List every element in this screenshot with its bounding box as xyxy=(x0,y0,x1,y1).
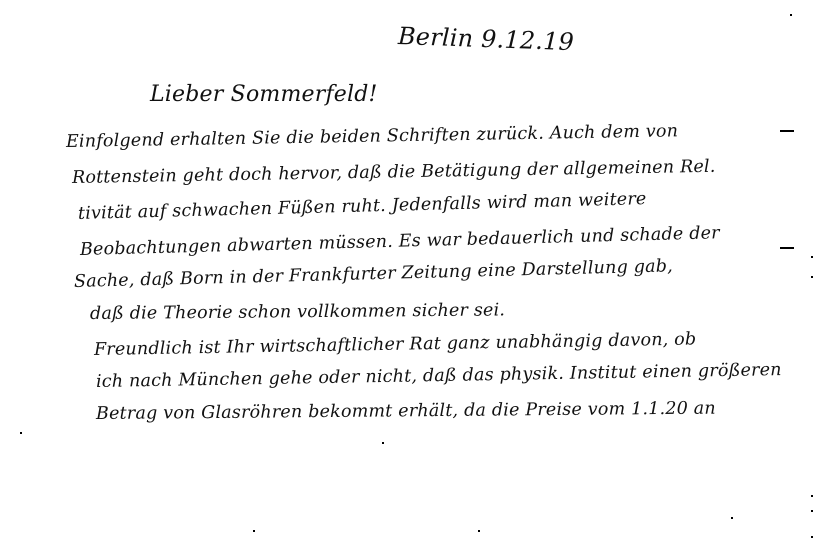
scan-speck xyxy=(811,256,813,258)
letter-line-1: Einfolgend erhalten Sie die beiden Schri… xyxy=(66,121,678,152)
letter-line-9: Betrag von Glasröhren bekommt erhält, da… xyxy=(96,399,716,424)
scan-speck xyxy=(790,14,792,16)
scan-speck xyxy=(811,510,813,512)
scan-speck xyxy=(811,495,813,497)
letter-line-5: Sache, daß Born in der Frankfurter Zeitu… xyxy=(74,256,673,292)
scan-edge-mark xyxy=(780,247,794,249)
scan-edge-mark xyxy=(780,130,794,132)
letter-line-2: Rottenstein geht doch hervor, daß die Be… xyxy=(72,157,716,188)
scan-speck xyxy=(731,517,733,519)
letter-line-6: daß die Theorie schon vollkommen sicher … xyxy=(90,300,505,324)
scan-speck xyxy=(253,530,255,532)
letter-line-3: tivität auf schwachen Füßen ruht. Jedenf… xyxy=(78,189,647,224)
scan-speck xyxy=(478,530,480,532)
letter-line-4: Beobachtungen abwarten müssen. Es war be… xyxy=(80,223,720,260)
letter-salutation: Lieber Sommerfeld! xyxy=(150,82,378,107)
scan-speck xyxy=(20,432,22,434)
letter-page: Berlin 9.12.19 Lieber Sommerfeld! Einfol… xyxy=(0,0,818,556)
letter-dateline: Berlin 9.12.19 xyxy=(398,22,575,56)
scan-speck xyxy=(811,536,813,538)
letter-line-8: ich nach München gehe oder nicht, daß da… xyxy=(96,360,782,392)
scan-speck xyxy=(811,276,813,278)
letter-line-7: Freundlich ist Ihr wirtschaftlicher Rat … xyxy=(94,329,697,360)
scan-speck xyxy=(382,442,384,444)
